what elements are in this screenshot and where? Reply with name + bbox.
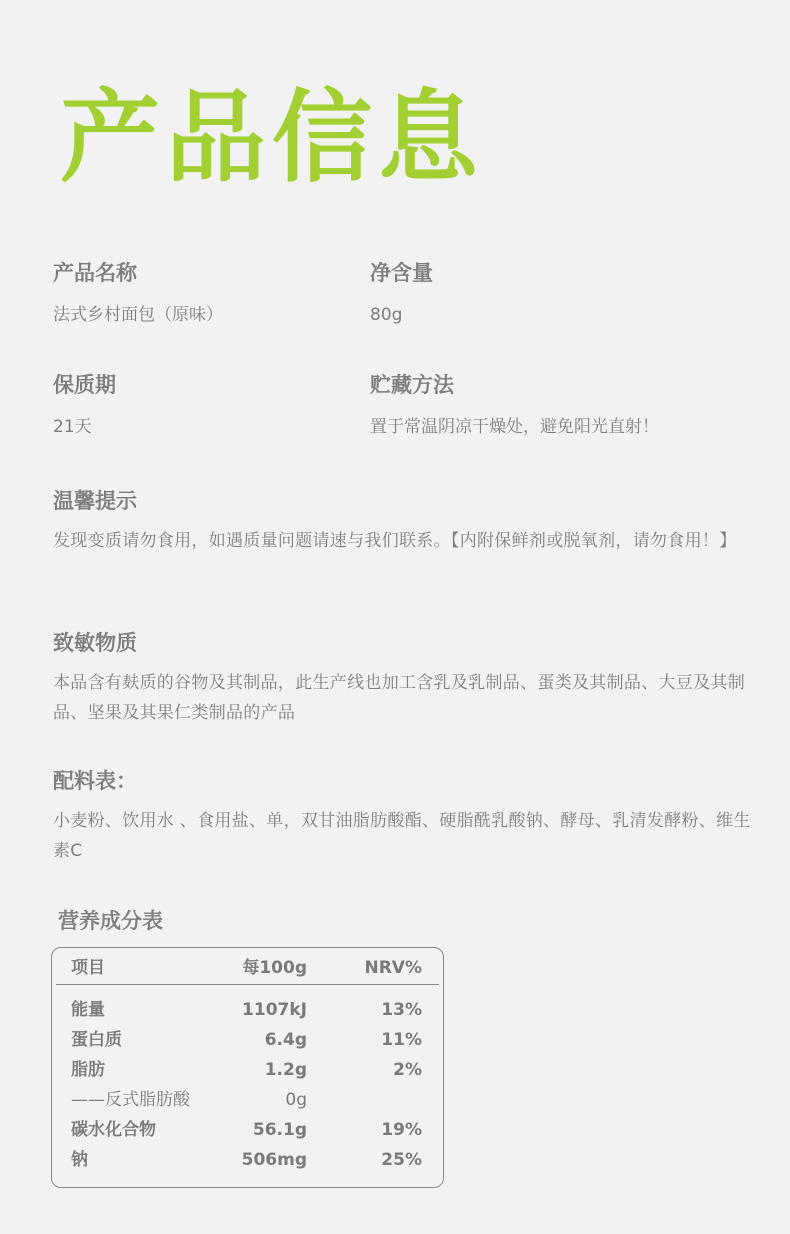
- row-item: 碳水化合物: [71, 1115, 156, 1145]
- ingredients-label: 配料表：: [53, 766, 763, 796]
- storage-field: 贮藏方法 置于常温阴凉干燥处，避免阳光直射！: [370, 370, 659, 442]
- table-row: 蛋白质 6.4g 11%: [52, 1025, 443, 1055]
- storage-value: 置于常温阴凉干燥处，避免阳光直射！: [370, 412, 659, 442]
- shelf-life-field: 保质期 21天: [53, 370, 116, 442]
- header-item: 项目: [71, 953, 105, 983]
- product-name-value: 法式乡村面包（原味）: [53, 300, 223, 330]
- row-item: 钠: [71, 1145, 88, 1175]
- header-nrv: NRV%: [364, 953, 422, 983]
- table-row: 脂肪 1.2g 2%: [52, 1055, 443, 1085]
- shelf-life-value: 21天: [53, 412, 116, 442]
- shelf-life-label: 保质期: [53, 370, 116, 400]
- allergens-label: 致敏物质: [53, 628, 763, 658]
- product-name-label: 产品名称: [53, 258, 223, 288]
- row-item: ——反式脂肪酸: [71, 1085, 190, 1115]
- row-amount: 1.2g: [265, 1055, 307, 1085]
- product-name-field: 产品名称 法式乡村面包（原味）: [53, 258, 223, 330]
- ingredients-section: 配料表： 小麦粉、饮用水 、食用盐、单，双甘油脂肪酸酯、硬脂酰乳酸钠、酵母、乳清…: [53, 766, 763, 866]
- table-row: ——反式脂肪酸 0g: [52, 1085, 443, 1115]
- allergens-section: 致敏物质 本品含有麸质的谷物及其制品，此生产线也加工含乳及乳制品、蛋类及其制品、…: [53, 628, 763, 728]
- nutrition-header-row: 项目 每100g NRV%: [52, 953, 443, 983]
- page-title: 产品信息: [60, 78, 484, 198]
- row-item: 蛋白质: [71, 1025, 122, 1055]
- row-nrv: 13%: [381, 995, 422, 1025]
- row-nrv: 19%: [381, 1115, 422, 1145]
- row-amount: 0g: [285, 1085, 307, 1115]
- storage-label: 贮藏方法: [370, 370, 659, 400]
- row-amount: 6.4g: [265, 1025, 307, 1055]
- row-amount: 506mg: [242, 1145, 307, 1175]
- row-item: 脂肪: [71, 1055, 105, 1085]
- notice-section: 温馨提示 发现变质请勿食用，如遇质量问题请速与我们联系。【内附保鲜剂或脱氧剂，请…: [53, 486, 763, 556]
- row-nrv: 2%: [393, 1055, 422, 1085]
- notice-value: 发现变质请勿食用，如遇质量问题请速与我们联系。【内附保鲜剂或脱氧剂，请勿食用！】: [53, 526, 763, 556]
- net-content-value: 80g: [370, 300, 433, 330]
- nutrition-title: 营养成分表: [58, 906, 163, 936]
- row-nrv: 11%: [381, 1025, 422, 1055]
- table-row: 碳水化合物 56.1g 19%: [52, 1115, 443, 1145]
- net-content-label: 净含量: [370, 258, 433, 288]
- allergens-value: 本品含有麸质的谷物及其制品，此生产线也加工含乳及乳制品、蛋类及其制品、大豆及其制…: [53, 668, 763, 728]
- net-content-field: 净含量 80g: [370, 258, 433, 330]
- row-nrv: 25%: [381, 1145, 422, 1175]
- header-amount: 每100g: [242, 953, 307, 983]
- table-row: 能量 1107kJ 13%: [52, 995, 443, 1025]
- notice-label: 温馨提示: [53, 486, 763, 516]
- row-amount: 56.1g: [253, 1115, 307, 1145]
- row-item: 能量: [71, 995, 105, 1025]
- nutrition-table: 项目 每100g NRV% 能量 1107kJ 13% 蛋白质 6.4g 11%…: [51, 947, 444, 1188]
- ingredients-value: 小麦粉、饮用水 、食用盐、单，双甘油脂肪酸酯、硬脂酰乳酸钠、酵母、乳清发酵粉、维…: [53, 806, 763, 866]
- row-amount: 1107kJ: [242, 995, 307, 1025]
- table-row: 钠 506mg 25%: [52, 1145, 443, 1175]
